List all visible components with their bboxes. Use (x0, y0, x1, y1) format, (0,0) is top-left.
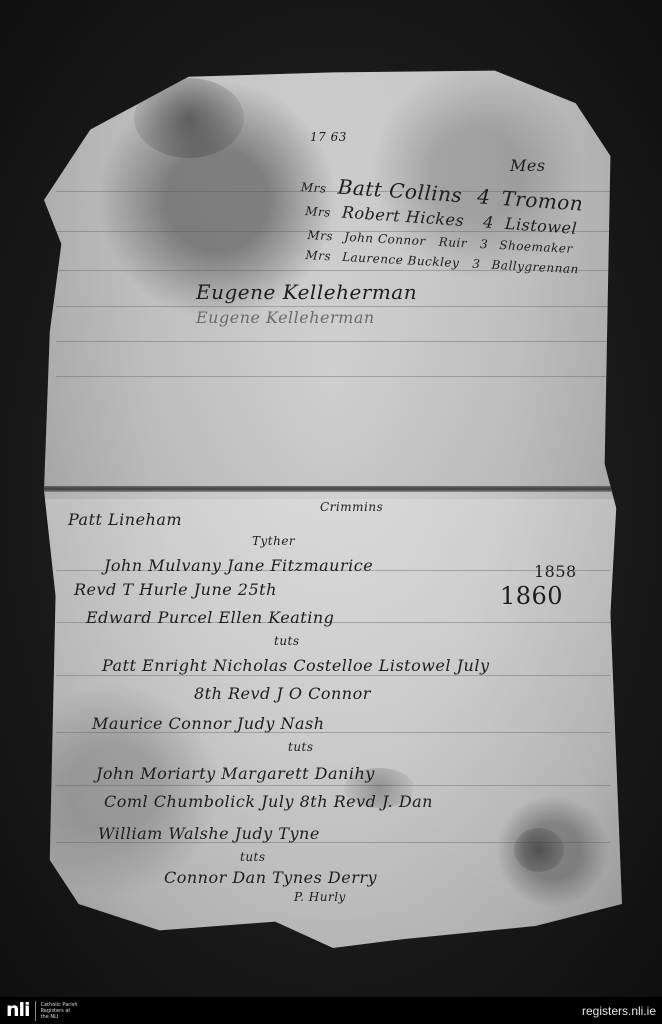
register-line: Revd T Hurle June 25th (74, 580, 277, 599)
register-line: P. Hurly (294, 890, 346, 904)
column-label: Mes (510, 156, 546, 175)
footer-bar: nli Catholic Parish Registers at the NLI… (0, 997, 662, 1024)
nli-logo-icon: nli (6, 1001, 30, 1020)
register-line-note: Crimmins (320, 500, 383, 514)
page-fold-tear (44, 486, 622, 492)
scan-viewport: 17 63 Mes Mrs Batt Collins 4 Tromon Mrs … (0, 0, 662, 997)
nli-brand[interactable]: nli Catholic Parish Registers at the NLI (6, 1001, 78, 1021)
ruled-line (56, 785, 611, 786)
register-line: Connor Dan Tynes Derry (164, 868, 377, 887)
brand-text: Catholic Parish Registers at the NLI (41, 1002, 78, 1020)
ruled-line (56, 341, 611, 342)
register-line: tuts (240, 850, 266, 864)
register-line: tuts (288, 740, 314, 754)
brand-divider (35, 1001, 36, 1021)
year-annotation: 1858 (534, 562, 577, 581)
register-line: John Mulvany Jane Fitzmaurice (104, 556, 373, 575)
register-line: Edward Purcel Ellen Keating (86, 608, 334, 627)
site-link[interactable]: registers.nli.ie (582, 1004, 656, 1018)
ruled-line (56, 306, 611, 307)
register-line: Tyther (252, 534, 295, 548)
signature: Eugene Kelleherman (196, 280, 417, 304)
register-line: Patt Lineham (68, 510, 182, 529)
ink-stain (514, 828, 564, 872)
ruled-line (56, 376, 611, 377)
ink-stain (134, 78, 244, 158)
register-line: tuts (274, 634, 300, 648)
register-line: 8th Revd J O Connor (194, 684, 371, 703)
ruled-line (56, 675, 611, 676)
register-line: Maurice Connor Judy Nash (92, 714, 325, 733)
year-annotation: 1860 (500, 582, 563, 610)
header-note: 17 63 (310, 130, 347, 144)
register-line: William Walshe Judy Tyne (98, 824, 320, 843)
register-line: Coml Chumbolick July 8th Revd J. Dan (104, 792, 433, 811)
signature-faint: Eugene Kelleherman (196, 308, 375, 327)
register-line: John Moriarty Margarett Danihy (96, 764, 375, 783)
register-line: Patt Enright Nicholas Costelloe Listowel… (102, 656, 489, 675)
register-page: 17 63 Mes Mrs Batt Collins 4 Tromon Mrs … (44, 68, 622, 948)
